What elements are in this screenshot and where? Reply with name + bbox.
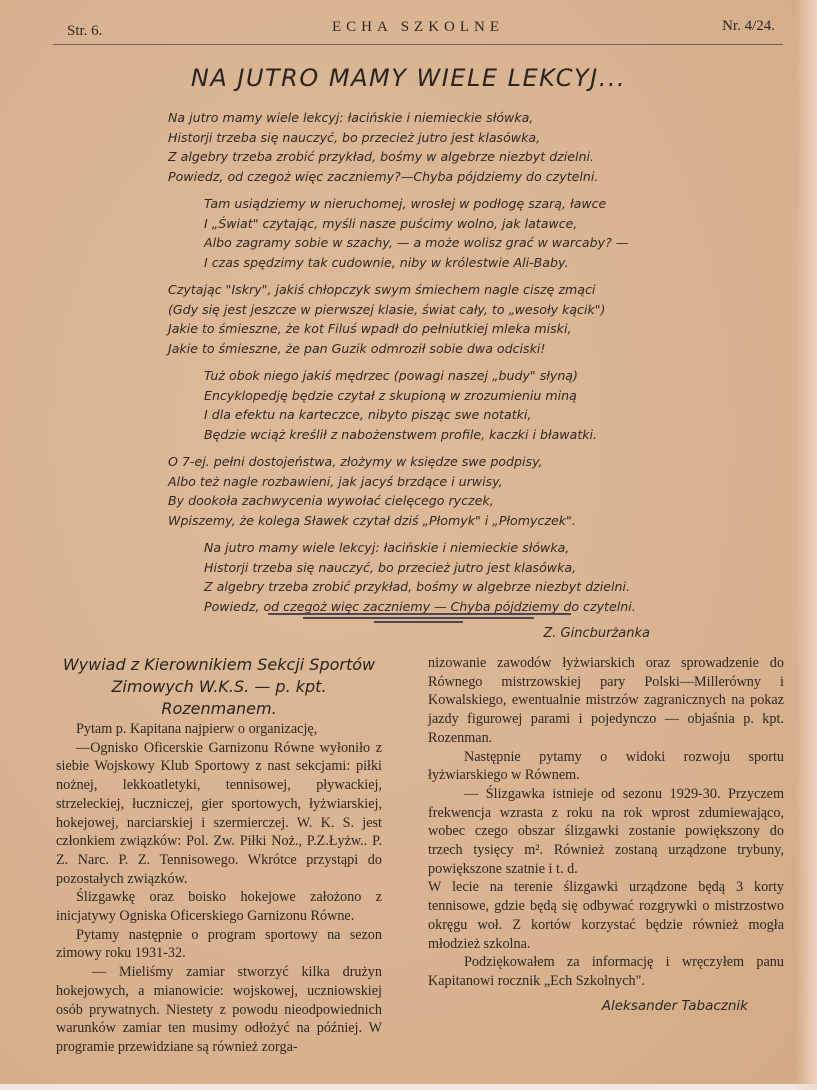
poem-body: Na jutro mamy wiele lekcyj: łacińskie i …	[168, 108, 688, 644]
poem-line: Encyklopedję będzie czytał z skupioną w …	[204, 386, 688, 406]
poem-line: Wpiszemy, że kolega Sławek czytał dziś „…	[168, 511, 688, 531]
article-paragraph: Pytam p. Kapitana najpierw o organizację…	[56, 720, 382, 739]
article-paragraph: Następnie pytamy o widoki rozwoju sportu…	[428, 748, 784, 785]
article-paragraph: Podziękowałem za informację i wręczyłem …	[428, 953, 784, 990]
article-paragraph: — Mieliśmy zamiar stworzyć kilka drużyn …	[56, 963, 382, 1057]
article-title-line: Zimowych W.K.S. — p. kpt. Rozenmanem.	[56, 676, 382, 720]
poem-line: Tam usiądziemy w nieruchomej, wrosłej w …	[204, 194, 688, 214]
poem-line: I „Świat" czytając, myśli nasze puścimy …	[204, 214, 688, 234]
poem-line: O 7-ej. pełni dostojeństwa, złożymy w ks…	[168, 452, 688, 472]
poem-stanza: Tam usiądziemy w nieruchomej, wrosłej w …	[168, 194, 688, 272]
page-header: Str. 6. ECHA SZKOLNE Nr. 4/24.	[53, 16, 783, 45]
poem-stanza: Na jutro mamy wiele lekcyj: łacińskie i …	[168, 538, 688, 616]
poem-line: Jakie to śmieszne, że kot Filuś wpadł do…	[168, 319, 688, 339]
page-edge	[0, 1084, 817, 1090]
article-paragraph: — Ślizgawka istnieje od sezonu 1929-30. …	[428, 785, 784, 879]
poem-author: Z. Gincburżanka	[168, 624, 688, 644]
article-title-line: Wywiad z Kierownikiem Sekcji Sportów	[56, 654, 382, 676]
issue-number: Nr. 4/24.	[722, 18, 775, 35]
poem-line: (Gdy się jest jeszcze w pierwszej klasie…	[168, 300, 688, 320]
article-column-right: nizowanie zawodów łyżwiarskich oraz spro…	[428, 654, 784, 1015]
poem-line: Na jutro mamy wiele lekcyj: łacińskie i …	[204, 538, 688, 558]
poem-line: Historji trzeba się nauczyć, bo przecież…	[168, 128, 688, 148]
poem-stanza: Czytając "Iskry", jakiś chłopczyk swym ś…	[168, 280, 688, 358]
poem-line: Historji trzeba się nauczyć, bo przecież…	[204, 558, 688, 578]
poem-line: I dla efektu na karteczce, nibyto pisząc…	[204, 405, 688, 425]
poem-line: Czytając "Iskry", jakiś chłopczyk swym ś…	[168, 280, 688, 300]
poem-line: Jakie to śmieszne, że pan Guzik odmroził…	[168, 339, 688, 359]
poem-line: I czas spędzimy tak cudownie, niby w kró…	[204, 253, 688, 273]
article-title: Wywiad z Kierownikiem Sekcji Sportów Zim…	[56, 654, 382, 720]
article-paragraph: —Ognisko Oficerskie Garnizonu Równe wyło…	[56, 739, 382, 889]
poem-stanza: Tuż obok niego jakiś mędrzec (powagi nas…	[168, 366, 688, 444]
poem-line: Powiedz, od czegoż więc zaczniemy?—Chyba…	[168, 167, 688, 187]
poem-line: Z algebry trzeba zrobić przykład, bośmy …	[168, 147, 688, 167]
publication-title: ECHA SZKOLNE	[53, 19, 783, 36]
poem-line: Albo też nagle rozbawieni, jak jacyś brz…	[168, 472, 688, 492]
newspaper-page: Str. 6. ECHA SZKOLNE Nr. 4/24. NA JUTRO …	[0, 0, 817, 1090]
article-paragraph: Pytamy następnie o program sportowy na s…	[56, 926, 382, 963]
poem-line: By dookoła zachwycenia wywołać cielęcego…	[168, 491, 688, 511]
poem-line: Tuż obok niego jakiś mędrzec (powagi nas…	[204, 366, 688, 386]
poem-line: Albo zagramy sobie w szachy, — a może wo…	[204, 233, 688, 253]
article-author: Aleksander Tabacznik	[428, 997, 784, 1016]
article-paragraph: Ślizgawkę oraz boisko hokejowe założono …	[56, 888, 382, 925]
poem-line: Na jutro mamy wiele lekcyj: łacińskie i …	[168, 108, 688, 128]
poem-stanza: Na jutro mamy wiele lekcyj: łacińskie i …	[168, 108, 688, 186]
poem-title: NA JUTRO MAMY WIELE LEKCYJ...	[0, 64, 817, 92]
poem-line: Z algebry trzeba zrobić przykład, bośmy …	[204, 577, 688, 597]
article-paragraph: nizowanie zawodów łyżwiarskich oraz spro…	[428, 654, 784, 748]
poem-stanza: O 7-ej. pełni dostojeństwa, złożymy w ks…	[168, 452, 688, 530]
poem-line: Będzie wciąż kreślił z nabożenstwem prof…	[204, 425, 688, 445]
article-paragraph: W lecie na terenie ślizgawki urządzone b…	[428, 878, 784, 953]
article-column-left: Wywiad z Kierownikiem Sekcji Sportów Zim…	[56, 654, 382, 1057]
